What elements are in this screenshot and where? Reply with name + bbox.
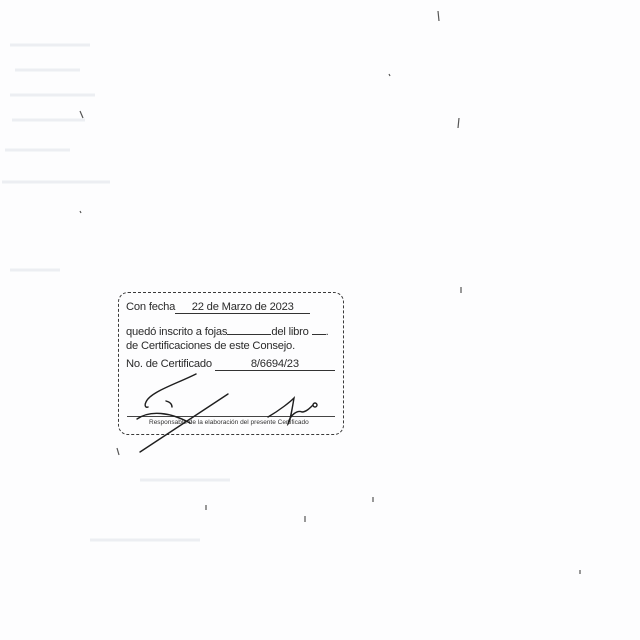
signature-line [127,416,335,417]
registration-stamp: Con fecha22 de Marzo de 2023 quedó inscr… [118,292,344,435]
date-label: Con fecha [126,301,175,313]
signature-caption: Responsable de la elaboración del presen… [149,419,309,426]
certificate-number: 8/6694/23 [215,358,335,371]
fojas-blank [227,323,271,335]
stamp-book-row: de Certificaciones de este Consejo. [126,340,295,352]
stamp-certificate-row: No. de Certificado 8/6694/23 [126,358,335,371]
period: . [326,326,329,338]
stamp-fojas-row: quedó inscrito a fojasdel libro . [126,323,329,338]
libro-label: del libro [271,326,308,338]
stamp-date-row: Con fecha22 de Marzo de 2023 [126,301,310,314]
date-value: 22 de Marzo de 2023 [175,301,310,314]
certificate-label: No. de Certificado [126,358,212,370]
book-text: de Certificaciones de este Consejo. [126,340,295,352]
fojas-label: quedó inscrito a fojas [126,326,227,338]
libro-blank [312,323,326,335]
